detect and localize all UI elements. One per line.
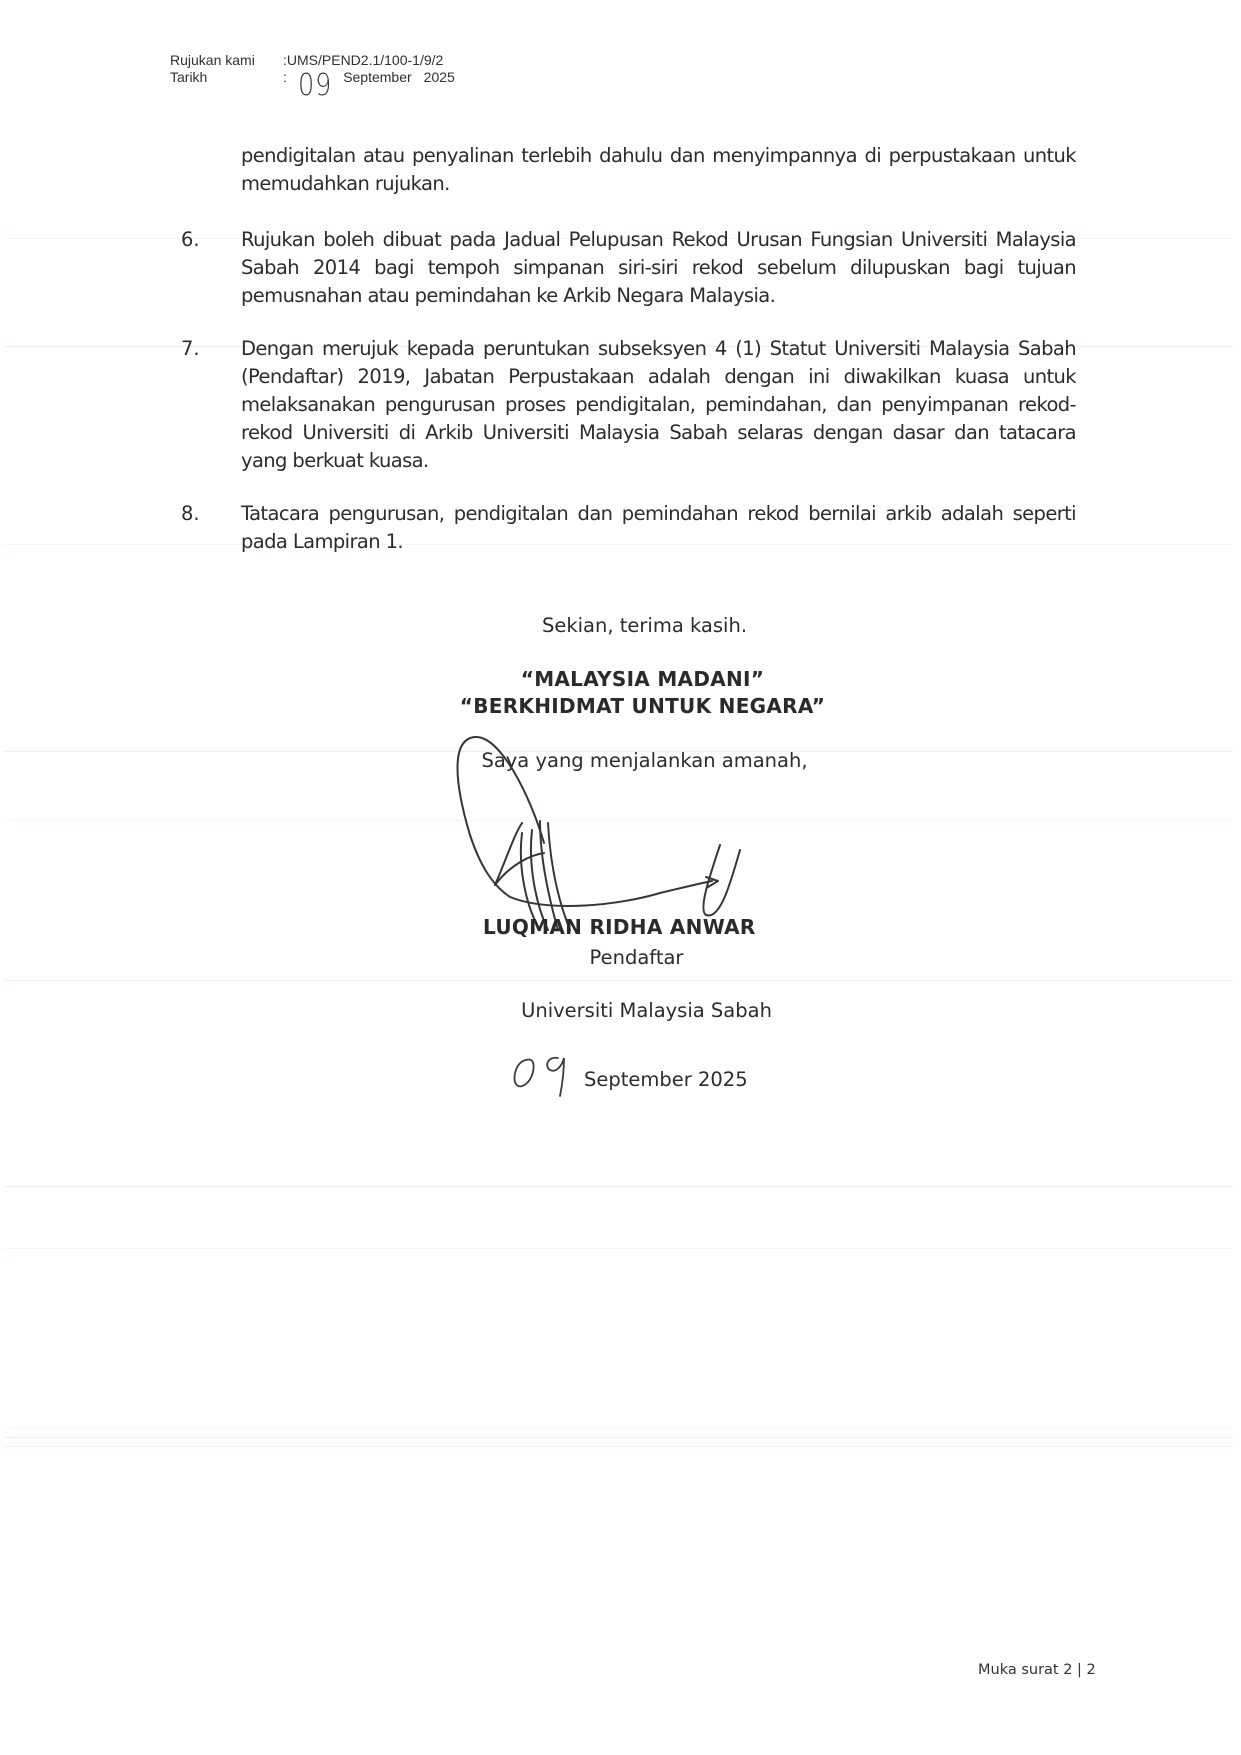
paragraph-number: 7.: [181, 335, 241, 475]
reference-label: Rujukan kami: [170, 52, 283, 69]
paragraph-text: Tatacara pengurusan, pendigitalan dan pe…: [241, 500, 1076, 556]
motto-berkhidmat: “BERKHIDMAT UNTUK NEGARA”: [22, 693, 1241, 720]
scan-artifact-line: [4, 1428, 1233, 1429]
date-row: Tarikh : 09 September 2025: [170, 69, 455, 86]
scan-artifact-line: [4, 1437, 1233, 1438]
handwritten-date-day: [508, 1048, 578, 1098]
paragraph-7: 7. Dengan merujuk kepada peruntukan subs…: [181, 335, 1076, 475]
scan-artifact-line: [4, 980, 1233, 981]
closing-thanks: Sekian, terima kasih.: [24, 612, 1241, 640]
paragraph-text: Rujukan boleh dibuat pada Jadual Pelupus…: [241, 226, 1076, 310]
paragraph-number: 8.: [181, 500, 241, 556]
date-separator: :: [283, 69, 295, 86]
date-label: Tarikh: [170, 69, 283, 86]
scan-artifact-line: [4, 1248, 1233, 1249]
handwritten-date-day: 09: [298, 77, 332, 94]
signature-date-text: September 2025: [584, 1066, 748, 1094]
date-year: 2025: [424, 69, 455, 86]
signoff-line: Saya yang menjalankan amanah,: [24, 747, 1241, 775]
paragraph-6: 6. Rujukan boleh dibuat pada Jadual Pelu…: [181, 226, 1076, 310]
signer-organization: Universiti Malaysia Sabah: [26, 997, 1241, 1025]
paragraph-8: 8. Tatacara pengurusan, pendigitalan dan…: [181, 500, 1076, 556]
reference-value: UMS/PEND2.1/100-1/9/2: [287, 52, 443, 69]
continued-paragraph: pendigitalan atau penyalinan terlebih da…: [241, 142, 1076, 198]
date-month: September: [343, 69, 411, 86]
signer-name: LUQMAN RIDHA ANWAR: [483, 915, 756, 939]
paragraph-text: Dengan merujuk kepada peruntukan subseks…: [241, 335, 1076, 475]
page-number-indicator: Muka surat 2 | 2: [978, 1662, 1096, 1678]
signature-date: September 2025: [508, 1048, 748, 1098]
scan-artifact-line: [4, 1186, 1233, 1187]
scan-artifact-line: [4, 1446, 1233, 1447]
reference-row: Rujukan kami : UMS/PEND2.1/100-1/9/2: [170, 52, 455, 69]
scan-artifact-line: [4, 820, 1233, 821]
signer-title: Pendaftar: [16, 944, 1241, 972]
letter-reference-header: Rujukan kami : UMS/PEND2.1/100-1/9/2 Tar…: [170, 52, 455, 86]
paragraph-number: 6.: [181, 226, 241, 310]
motto-malaysia-madani: “MALAYSIA MADANI”: [22, 666, 1241, 693]
